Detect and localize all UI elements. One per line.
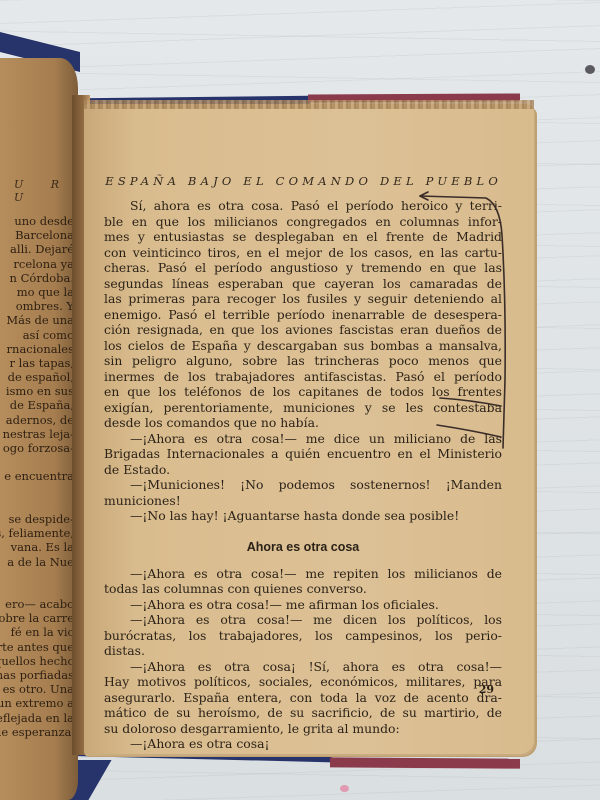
text-line: exigían, perentoriamente, municiones y s… — [104, 400, 502, 416]
text-line: —¡Ahora es otra cosa!— me afirman los of… — [104, 597, 502, 613]
left-page-line: quellos hechos — [0, 654, 74, 668]
left-page-line: Barcelona — [0, 228, 74, 242]
section-title: Ahora es otra cosa — [104, 540, 502, 554]
page-number: 29 — [479, 683, 494, 696]
left-page-line: rnacionales — [0, 342, 74, 356]
left-page-line: vana. Es la — [0, 540, 74, 554]
left-page-line: uno desde — [0, 214, 74, 228]
text-line: Sí, ahora es otra cosa. Pasó el período … — [104, 198, 502, 214]
left-page-line: un extremo a — [0, 696, 74, 710]
paragraph: —¡Ahora es otra cosa¡ !Sí, ahora es otra… — [104, 659, 502, 737]
text-line: en que los teléfonos de los capitanes de… — [104, 384, 502, 400]
right-page: ESPAÑA BAJO EL COMANDO DEL PUEBLO Sí, ah… — [84, 104, 534, 754]
left-page-line: fé en la vic — [0, 625, 74, 639]
text-line: —¡Municiones! ¡No podemos sostenernos! ¡… — [104, 477, 502, 493]
text-line: de Estado. — [104, 462, 502, 478]
text-line: —¡No las hay! ¡Aguantarse hasta donde se… — [104, 508, 502, 524]
text-line: mes y entusiastas se desplegaban en el f… — [104, 229, 502, 245]
text-line: con veinticinco tiros, en el mejor de lo… — [104, 245, 502, 261]
left-page-line: nas porfiadas — [0, 668, 74, 682]
text-line: segundas líneas esperaban que cayeran lo… — [104, 276, 502, 292]
book-cover-edge-bottom-red — [330, 757, 520, 768]
paragraph: —¡Ahora es otra cosa!— me dicen los polí… — [104, 612, 502, 659]
text-line: ble en que los milicianos congregados en… — [104, 214, 502, 230]
left-page-line: r las tapas, — [0, 356, 74, 370]
left-page-line: Más de una — [0, 313, 74, 327]
text-line: su doloroso desgarramiento, le grita al … — [104, 721, 502, 737]
text-line: los cielos de España y descargaban sus b… — [104, 338, 502, 354]
text-line: —¡Ahora es otra cosa!— me repiten los mi… — [104, 566, 502, 582]
text-line: —¡Ahora es otra cosa¡ !Sí, ahora es otra… — [104, 659, 502, 675]
text-line: —¡Ahora es otra cosa¡ — [104, 736, 502, 752]
left-page-line: e encuentra — [0, 469, 74, 483]
left-page-line: eflejada en la — [0, 711, 74, 725]
left-page-line: ero— acabo — [0, 597, 74, 611]
paragraph: Sí, ahora es otra cosa. Pasó el período … — [104, 198, 502, 431]
left-page-running-head: U R U — [14, 178, 78, 204]
text-line: todas las columnas con quienes converso. — [104, 581, 502, 597]
paragraph: —¡Ahora es otra cosa!— me dice un milici… — [104, 431, 502, 478]
text-line: municiones! — [104, 493, 502, 509]
text-line: ción resignada, en que los aviones fasci… — [104, 322, 502, 338]
left-page-line: rcelona ya — [0, 257, 74, 271]
left-page-line: rte antes que — [0, 640, 74, 654]
left-page-line: ombres. Y — [0, 299, 74, 313]
left-page-line: de esperanzas — [0, 725, 74, 739]
right-page-content: ESPAÑA BAJO EL COMANDO DEL PUEBLO Sí, ah… — [104, 174, 502, 752]
text-line: burócratas, los trabajadores, los campes… — [104, 628, 502, 644]
left-page-line — [0, 569, 74, 583]
left-page: U R U uno desdeBarcelonaalli. Dejarércel… — [0, 58, 78, 800]
left-page-line: se despide- — [0, 512, 74, 526]
left-page-line: es otro. Una — [0, 682, 74, 696]
text-line: —¡Ahora es otra cosa!— me dicen los polí… — [104, 612, 502, 628]
left-page-line: mo que la — [0, 285, 74, 299]
left-page-line: s, feliamente, — [0, 526, 74, 540]
paragraph: —¡Ahora es otra cosa¡ — [104, 736, 502, 752]
left-page-line — [0, 498, 74, 512]
left-page-line: ogo forzosa- — [0, 441, 74, 455]
text-line: —¡Ahora es otra cosa!— me dice un milici… — [104, 431, 502, 447]
paragraph: —¡Ahora es otra cosa!— me afirman los of… — [104, 597, 502, 613]
left-page-line: así como — [0, 328, 74, 342]
body-text-after-title: —¡Ahora es otra cosa!— me repiten los mi… — [104, 566, 502, 752]
left-page-line: n Córdoba. — [0, 271, 74, 285]
left-page-line: obre la carre — [0, 611, 74, 625]
text-line: Hay motivos políticos, sociales, económi… — [104, 674, 502, 690]
left-page-text: uno desdeBarcelonaalli. Dejarércelona ya… — [0, 214, 74, 739]
text-line: sin peligro alguno, sobre las trincheras… — [104, 353, 502, 369]
text-line: Brigadas Internacionales a quién encuent… — [104, 446, 502, 462]
text-line: inermes de los trabajadores antifascista… — [104, 369, 502, 385]
page-top-frayed-edge — [84, 100, 534, 109]
left-page-line: a de la Nue — [0, 555, 74, 569]
left-page-line: de España, — [0, 398, 74, 412]
left-page-line: nestras leja- — [0, 427, 74, 441]
text-line: distas. — [104, 643, 502, 659]
text-line: las primeras para recoger los fusiles y … — [104, 291, 502, 307]
body-text-before-title: Sí, ahora es otra cosa. Pasó el período … — [104, 198, 502, 524]
text-line: asegurarlo. España entera, con toda la v… — [104, 690, 502, 706]
paragraph: —¡Municiones! ¡No podemos sostenernos! ¡… — [104, 477, 502, 508]
text-line: enemigo. Pasó el terrible período inenar… — [104, 307, 502, 323]
left-page-line: adernos, de — [0, 413, 74, 427]
text-line: mático de su heroísmo, de su sacrificio,… — [104, 705, 502, 721]
paragraph: —¡Ahora es otra cosa!— me repiten los mi… — [104, 566, 502, 597]
left-page-line — [0, 583, 74, 597]
paragraph: —¡No las hay! ¡Aguantarse hasta donde se… — [104, 508, 502, 524]
left-page-line — [0, 455, 74, 469]
left-page-line: ismo en sus — [0, 384, 74, 398]
text-line: desde los comandos que no había. — [104, 415, 502, 431]
text-line: cheras. Pasó el período angustioso y tre… — [104, 260, 502, 276]
surface-stain — [585, 65, 595, 74]
surface-stain-pink — [340, 785, 349, 792]
left-page-line: de español, — [0, 370, 74, 384]
left-page-line: alli. Dejaré — [0, 242, 74, 256]
left-page-line — [0, 484, 74, 498]
running-head: ESPAÑA BAJO EL COMANDO DEL PUEBLO — [104, 174, 502, 188]
